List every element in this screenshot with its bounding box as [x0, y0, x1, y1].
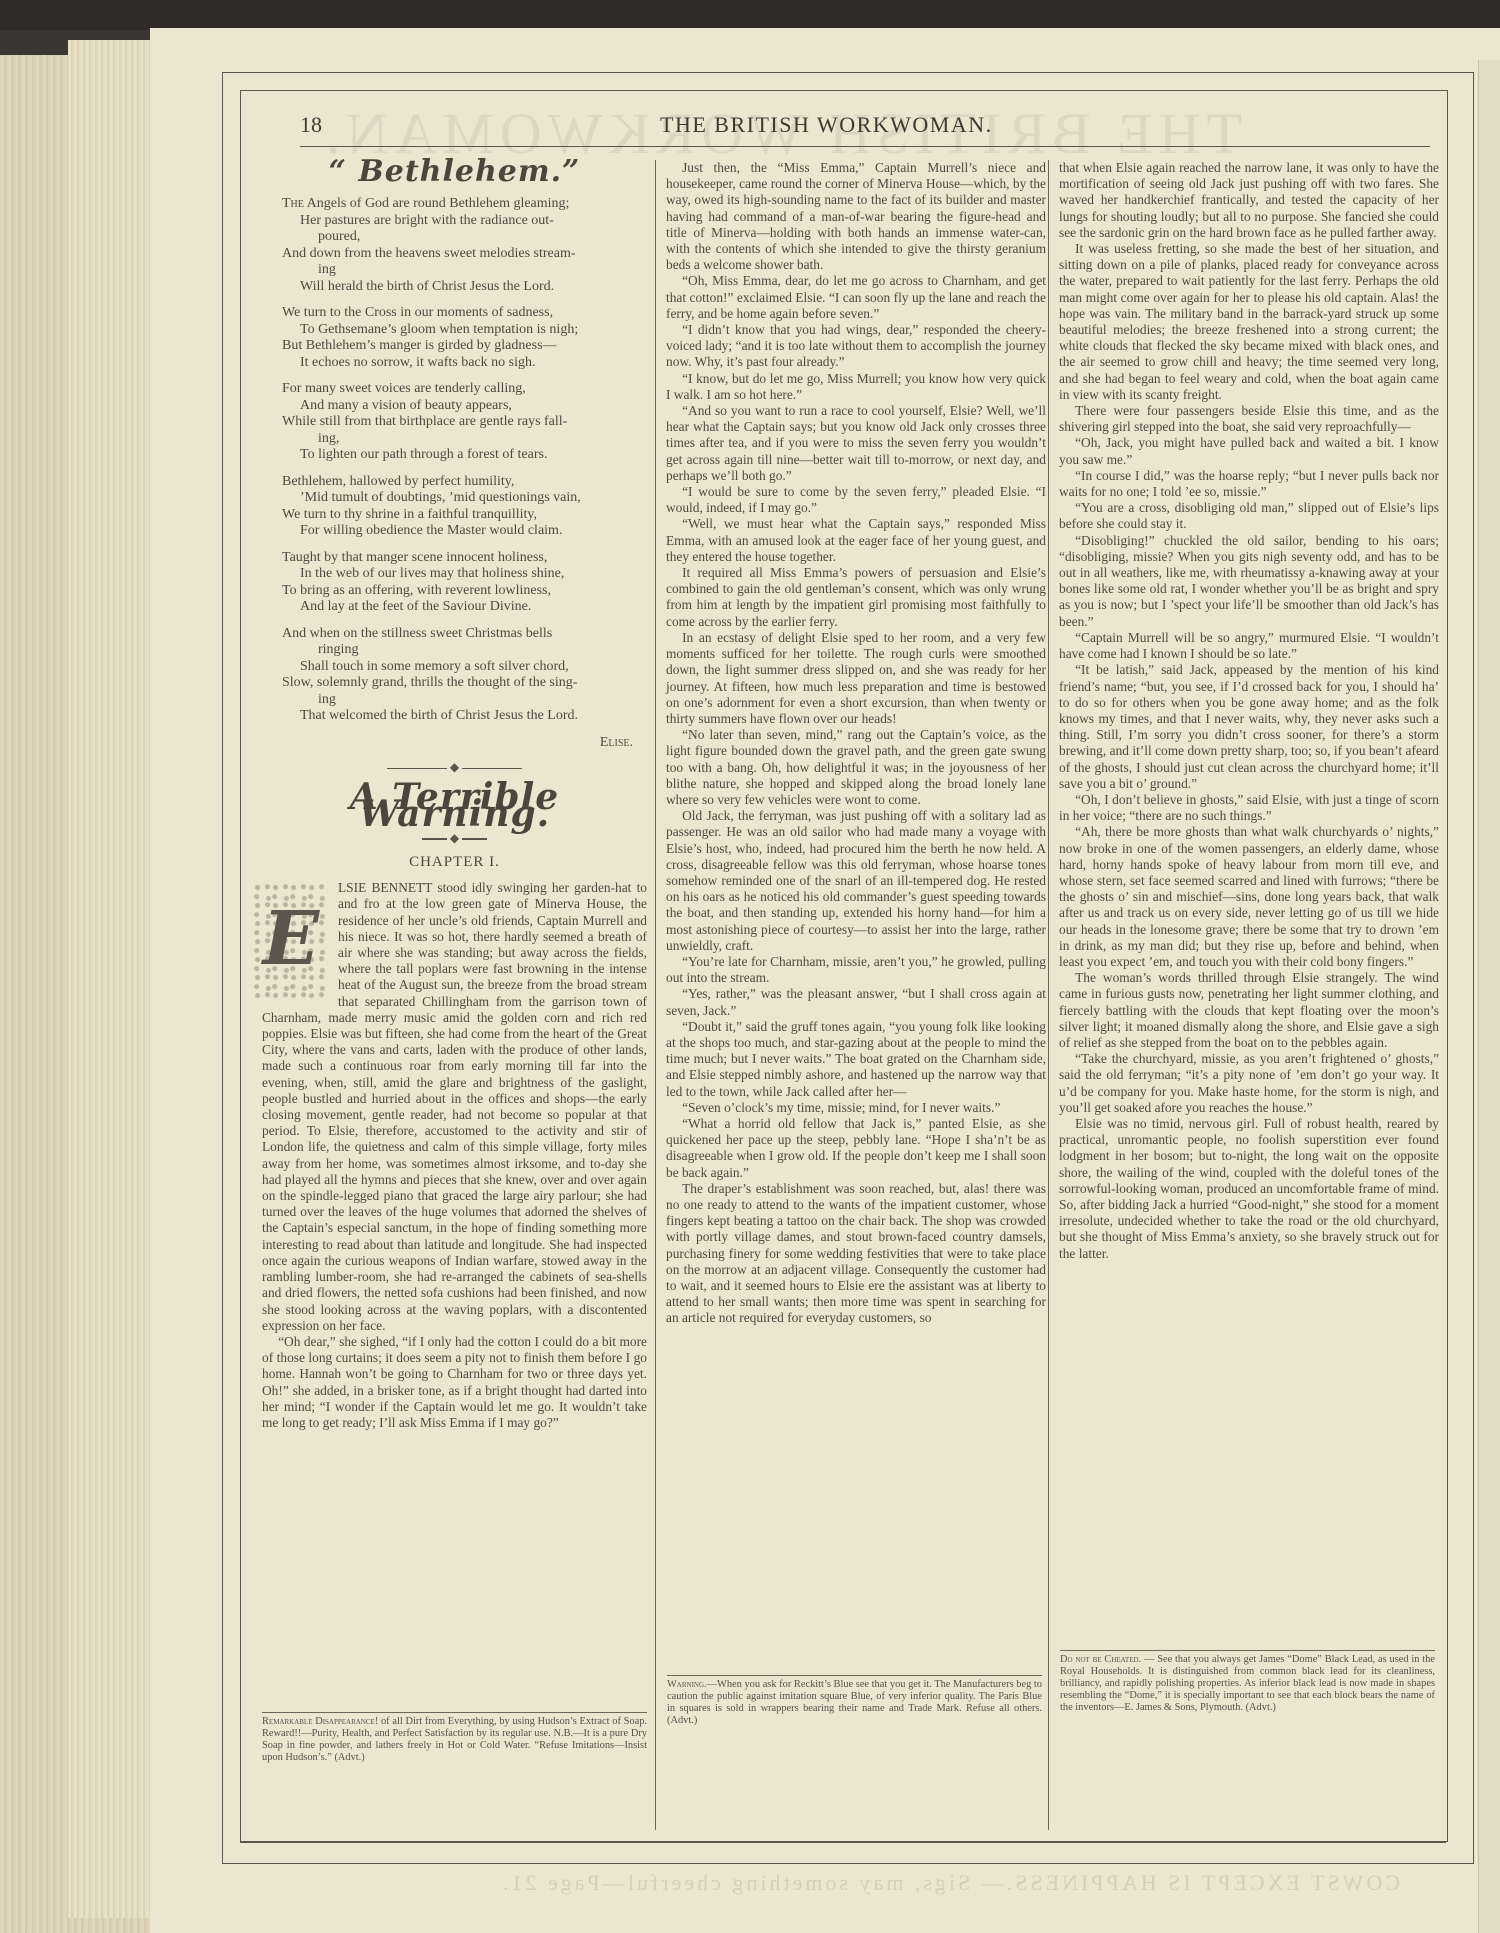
poem-line: Her pastures are bright with the radianc… — [282, 213, 647, 230]
journal-title: THE BRITISH WORKWOMAN. — [660, 112, 993, 138]
poem-line: The Angels of God are round Bethlehem gl… — [282, 196, 647, 213]
story-paragraph: Old Jack, the ferryman, was just pushing… — [666, 808, 1046, 954]
poem-line: To bring as an offering, with reverent l… — [282, 583, 647, 600]
poem-line: In the web of our lives may that holines… — [282, 566, 647, 583]
advert-reckitt: Warning.—When you ask for Reckitt’s Blue… — [667, 1675, 1042, 1727]
poem-line: ’Mid tumult of doubtings, ’mid questioni… — [282, 490, 647, 507]
story-paragraph: Elsie was no timid, nervous girl. Full o… — [1059, 1116, 1439, 1262]
poem-author: Elise. — [262, 735, 633, 752]
story-paragraph: “What a horrid old fellow that Jack is,”… — [666, 1116, 1046, 1181]
poem-line: Will herald the birth of Christ Jesus th… — [282, 279, 647, 296]
poem-line: ing — [282, 692, 647, 709]
poem-line: Slow, solemnly grand, thrills the though… — [282, 675, 647, 692]
poem-line: And lay at the feet of the Saviour Divin… — [282, 599, 647, 616]
story-paragraph: It required all Miss Emma’s powers of pe… — [666, 565, 1046, 630]
story-paragraph: “I didn’t know that you had wings, dear,… — [666, 322, 1046, 371]
poem-line: And down from the heavens sweet melodies… — [282, 246, 647, 263]
poem-stanza: And when on the stillness sweet Christma… — [282, 626, 647, 725]
poem-line: And when on the stillness sweet Christma… — [282, 626, 647, 643]
story-paragraph: The draper’s establishment was soon reac… — [666, 1181, 1046, 1327]
poem-line: To lighten our path through a forest of … — [282, 447, 647, 464]
poem-line: poured, — [282, 229, 647, 246]
column-1: “ Bethlehem.” The Angels of God are roun… — [262, 160, 647, 1431]
poem-line: For willing obedience the Master would c… — [282, 523, 647, 540]
story-paragraph: The woman’s words thrilled through Elsie… — [1059, 970, 1439, 1051]
story-opening: E LSIE BENNETT stood idly swinging her g… — [262, 880, 647, 1334]
story-paragraph: “I would be sure to come by the seven fe… — [666, 484, 1046, 516]
story-paragraph: “You’re late for Charnham, missie, aren’… — [666, 954, 1046, 986]
poem-stanza: Bethlehem, hallowed by perfect humility,… — [282, 474, 647, 540]
column-2: Just then, the “Miss Emma,” Captain Murr… — [655, 160, 1046, 1830]
chapter-heading: CHAPTER I. — [262, 854, 647, 870]
running-head: 18 THE BRITISH WORKWOMAN. — [300, 112, 1430, 147]
ornamental-rule: ◆ — [262, 759, 647, 775]
poem-line: To Gethsemane’s gloom when temptation is… — [282, 322, 647, 339]
poem-line: Taught by that manger scene innocent hol… — [282, 550, 647, 567]
story-paragraph: “Disobliging!” chuckled the old sailor, … — [1059, 533, 1439, 630]
story-paragraph: “Doubt it,” said the gruff tones again, … — [666, 1019, 1046, 1100]
poem-line: Shall touch in some memory a soft silver… — [282, 659, 647, 676]
story-paragraph: “Ah, there be more ghosts than what walk… — [1059, 824, 1439, 970]
book-page-edges-inner — [68, 40, 160, 1918]
story-paragraph: There were four passengers beside Elsie … — [1059, 403, 1439, 435]
poem-line: And many a vision of beauty appears, — [282, 398, 647, 415]
facing-page-edge — [1478, 60, 1500, 1933]
story-paragraph: “Oh, Jack, you might have pulled back an… — [1059, 435, 1439, 467]
poem-line: We turn to thy shrine in a faithful tran… — [282, 507, 647, 524]
story-paragraph: Just then, the “Miss Emma,” Captain Murr… — [666, 160, 1046, 273]
page-number: 18 — [300, 112, 322, 138]
story-paragraph: “Oh, Miss Emma, dear, do let me go acros… — [666, 273, 1046, 322]
poem-line: ing — [282, 262, 647, 279]
poem-body: The Angels of God are round Bethlehem gl… — [262, 196, 647, 751]
story-paragraph: “Well, we must hear what the Captain say… — [666, 516, 1046, 565]
story-paragraph: “In course I did,” was the hoarse reply;… — [1059, 468, 1439, 500]
poem-line: That welcomed the birth of Christ Jesus … — [282, 708, 647, 725]
poem-stanza: We turn to the Cross in our moments of s… — [282, 305, 647, 371]
poem-line: But Bethlehem’s manger is girded by glad… — [282, 338, 647, 355]
poem-line: It echoes no sorrow, it wafts back no si… — [282, 355, 647, 372]
story-paragraph: “I know, but do let me go, Miss Murrell;… — [666, 371, 1046, 403]
poem-line: Bethlehem, hallowed by perfect humility, — [282, 474, 647, 491]
story-paragraph: “Oh dear,” she sighed, “if I only had th… — [262, 1334, 647, 1431]
bottom-rule — [240, 1842, 1446, 1843]
advert-dome-black-lead: Do not be Cheated. — See that you always… — [1060, 1650, 1435, 1714]
story-paragraph: “Oh, I don’t believe in ghosts,” said El… — [1059, 792, 1439, 824]
story-paragraph: “It be latish,” said Jack, appeased by t… — [1059, 662, 1439, 792]
poem-line: For many sweet voices are tenderly calli… — [282, 381, 647, 398]
poem-line: ringing — [282, 642, 647, 659]
story-title: A Terrible Warning. — [262, 789, 647, 821]
story-paragraph: “And so you want to run a race to cool y… — [666, 403, 1046, 484]
poem-line: ing, — [282, 431, 647, 448]
poem-title: “ Bethlehem.” — [262, 164, 647, 180]
show-through-footer: COWST EXCEPT IS HAPPINESS.— Sigs, may so… — [500, 1870, 1400, 1896]
story-paragraph: “Seven o’clock’s my time, missie; mind, … — [666, 1100, 1046, 1116]
story-paragraph: In an ecstasy of delight Elsie sped to h… — [666, 630, 1046, 727]
poem-stanza: For many sweet voices are tenderly calli… — [282, 381, 647, 464]
story-paragraph: “You are a cross, disobliging old man,” … — [1059, 500, 1439, 532]
poem-line: While still from that birthplace are gen… — [282, 414, 647, 431]
scan-background-top — [0, 0, 1500, 30]
column-3: that when Elsie again reached the narrow… — [1048, 160, 1439, 1830]
ornamental-rule-small: ◆ — [262, 830, 647, 846]
story-paragraph: “Take the churchyard, missie, as you are… — [1059, 1051, 1439, 1116]
ornamental-dropcap-icon: E — [252, 880, 330, 1008]
poem-stanza: The Angels of God are round Bethlehem gl… — [282, 196, 647, 295]
poem-stanza: Taught by that manger scene innocent hol… — [282, 550, 647, 616]
story-paragraph: “No later than seven, mind,” rang out th… — [666, 727, 1046, 808]
story-paragraph: “Captain Murrell will be so angry,” murm… — [1059, 630, 1439, 662]
poem-line: We turn to the Cross in our moments of s… — [282, 305, 647, 322]
advert-hudson: Remarkable Disappearance! of all Dirt fr… — [262, 1712, 647, 1764]
story-paragraph: “Yes, rather,” was the pleasant answer, … — [666, 986, 1046, 1018]
story-paragraph: that when Elsie again reached the narrow… — [1059, 160, 1439, 241]
story-paragraph: It was useless fretting, so she made the… — [1059, 241, 1439, 403]
